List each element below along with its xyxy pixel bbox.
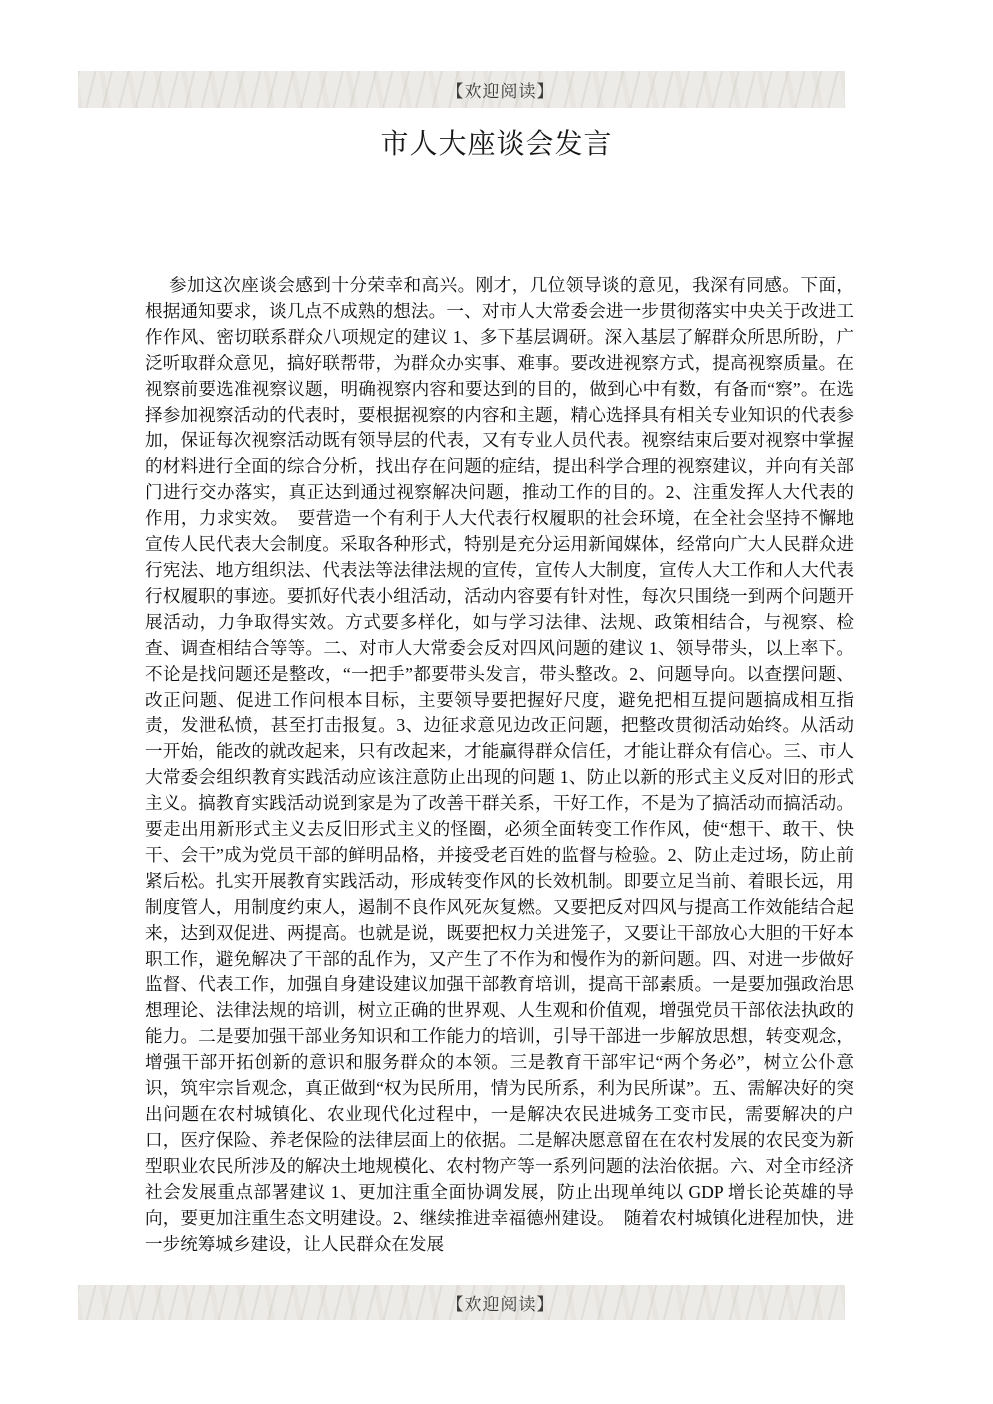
footer-banner-label: 【欢迎阅读】 (447, 1290, 555, 1315)
header-banner: 【欢迎阅读】 (78, 71, 845, 108)
document-title: 市人大座谈会发言 (0, 122, 993, 162)
footer-banner: 【欢迎阅读】 (78, 1285, 845, 1320)
document-body-paragraph: 参加这次座谈会感到十分荣幸和高兴。刚才，几位领导谈的意见，我深有同感。下面，根据… (145, 273, 854, 1257)
document-page: 【欢迎阅读】 市人大座谈会发言 参加这次座谈会感到十分荣幸和高兴。刚才，几位领导… (0, 0, 993, 1404)
header-banner-label: 【欢迎阅读】 (447, 77, 555, 102)
